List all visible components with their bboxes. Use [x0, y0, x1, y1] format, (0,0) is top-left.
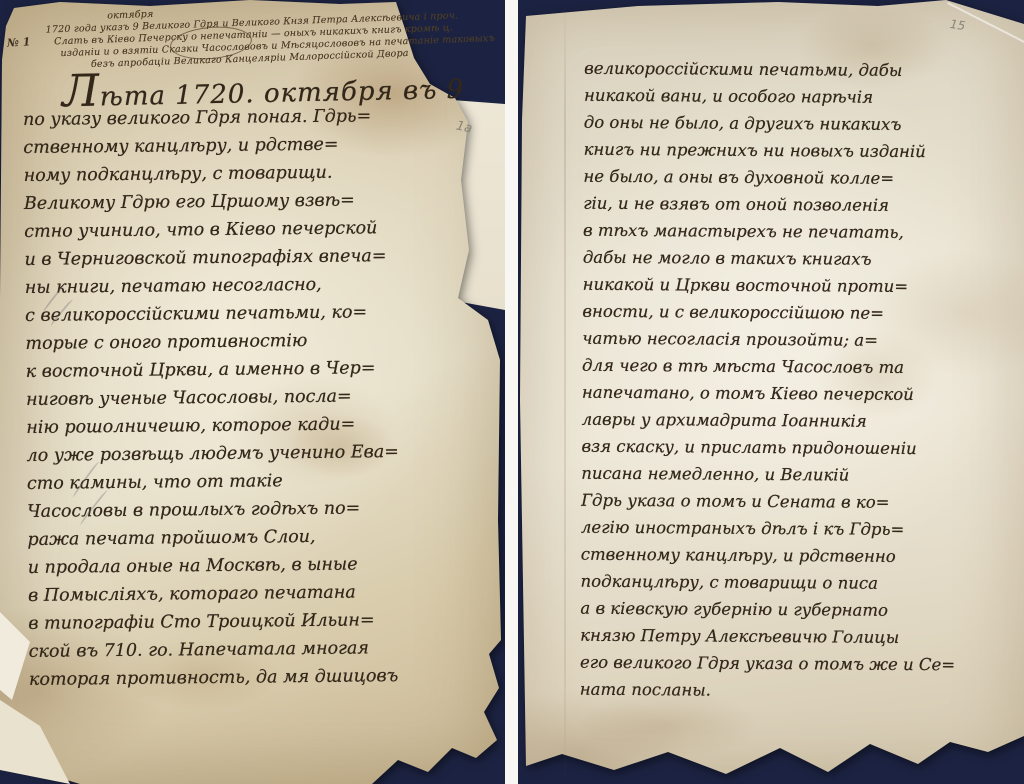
manuscript-line: никакой вани, и особого нарѣчія: [584, 82, 959, 112]
manuscript-line: подканцлѣру, с товарищи о писа: [580, 568, 955, 598]
manuscript-line: ственному канцлѣру, и рдственно: [581, 541, 956, 571]
manuscript-line: ната посланы.: [580, 676, 955, 706]
manuscript-line: взя скаску, и прислать придоношеніи: [581, 433, 956, 463]
manuscript-line: Великому Гдрю его Цршому взвѣ=: [24, 186, 397, 218]
manuscript-line: чатью несогласія произойти; а=: [582, 325, 957, 355]
scan-separator: [505, 0, 518, 784]
manuscript-line: Гдрь указа о томъ и Сената в ко=: [581, 487, 956, 517]
manuscript-line: ному подканцлѣру, с товарищи.: [24, 158, 397, 190]
manuscript-line: гіи, и не взявъ от оной позволенія: [583, 190, 958, 220]
manuscript-line: писана немедленно, и Великій: [581, 460, 956, 490]
manuscript-line: книгъ ни прежнихъ ни новыхъ изданій: [584, 136, 959, 166]
manuscript-line: дабы не могло в такихъ книгахъ: [583, 244, 958, 274]
manuscript-line: в типографіи Сто Троицкой Ильин=: [28, 606, 401, 638]
margin-fold-line: [564, 0, 566, 784]
manuscript-line: не было, а оны въ духовной колле=: [583, 163, 958, 193]
manuscript-line: по указу великого Гдря поная. Гдрь=: [23, 102, 396, 134]
manuscript-photo: № 1 октября1720 года указъ 9 Великого Гд…: [0, 0, 1024, 784]
manuscript-line: которая противность, да мя дшицовъ: [29, 662, 402, 694]
manuscript-line: его великого Гдря указа о томъ же и Се=: [580, 649, 955, 679]
manuscript-line: и продала оные на Москвѣ, в ыные: [28, 550, 401, 582]
manuscript-line: ственному канцлѣру, и рдстве=: [23, 130, 396, 162]
manuscript-line: и в Черниговской типографіях впеча=: [24, 242, 397, 274]
archival-number: № 1: [7, 35, 31, 50]
manuscript-line: в Помысліяхъ, котораго печатана: [28, 578, 401, 610]
manuscript-line: к восточной Цркви, а именно в Чер=: [26, 354, 399, 386]
manuscript-line: ло уже розвѣщь людемъ ученино Ева=: [26, 438, 399, 470]
manuscript-line: стно учинило, что в Кіево печерской: [24, 214, 397, 246]
manuscript-line: нію рошолничешю, которое кади=: [26, 410, 399, 442]
manuscript-line: ны книги, печатаю несогласно,: [25, 270, 398, 302]
manuscript-line: лавры у архимадрита Іоанникія: [582, 406, 957, 436]
manuscript-line: для чего в тѣ мѣста Часословъ та: [582, 352, 957, 382]
left-page-text: по указу великого Гдря поная. Гдрь=ствен…: [23, 102, 401, 694]
manuscript-line: ниговѣ ученые Часословы, посла=: [26, 382, 399, 414]
manuscript-line: ража печата пройшомъ Слои,: [27, 522, 400, 554]
manuscript-line: никакой и Цркви восточной проти=: [583, 271, 958, 301]
left-page-scan: № 1 октября1720 года указъ 9 Великого Гд…: [0, 0, 505, 784]
manuscript-line: ской въ 710. го. Напечатала многая: [29, 634, 402, 666]
folio-pencil-mark: 1а: [455, 118, 474, 136]
manuscript-line: великороссійскими печатьми, дабы: [584, 55, 959, 85]
manuscript-line: вности, и с великороссійшою пе=: [582, 298, 957, 328]
manuscript-line: князю Петру Алексѣевичю Голицы: [580, 622, 955, 652]
manuscript-line: напечатано, о томъ Кіево печерской: [582, 379, 957, 409]
right-page-text: великороссійскими печатьми, дабыникакой …: [580, 55, 960, 706]
manuscript-line: торые с оного противностію: [25, 326, 398, 358]
page-number-pencil-mark: 15: [949, 17, 966, 33]
manuscript-line: легію иностраныхъ дѣлъ і къ Гдрь=: [581, 514, 956, 544]
manuscript-line: до оны не было, а другихъ никакихъ: [584, 109, 959, 139]
manuscript-line: а в кіевскую губернію и губернато: [580, 595, 955, 625]
manuscript-line: в тѣхъ манастырехъ не печатать,: [583, 217, 958, 247]
right-page-scan: 15 великороссійскими печатьми, дабыникак…: [518, 0, 1024, 784]
manuscript-line: с великороссійскими печатьми, ко=: [25, 298, 398, 330]
